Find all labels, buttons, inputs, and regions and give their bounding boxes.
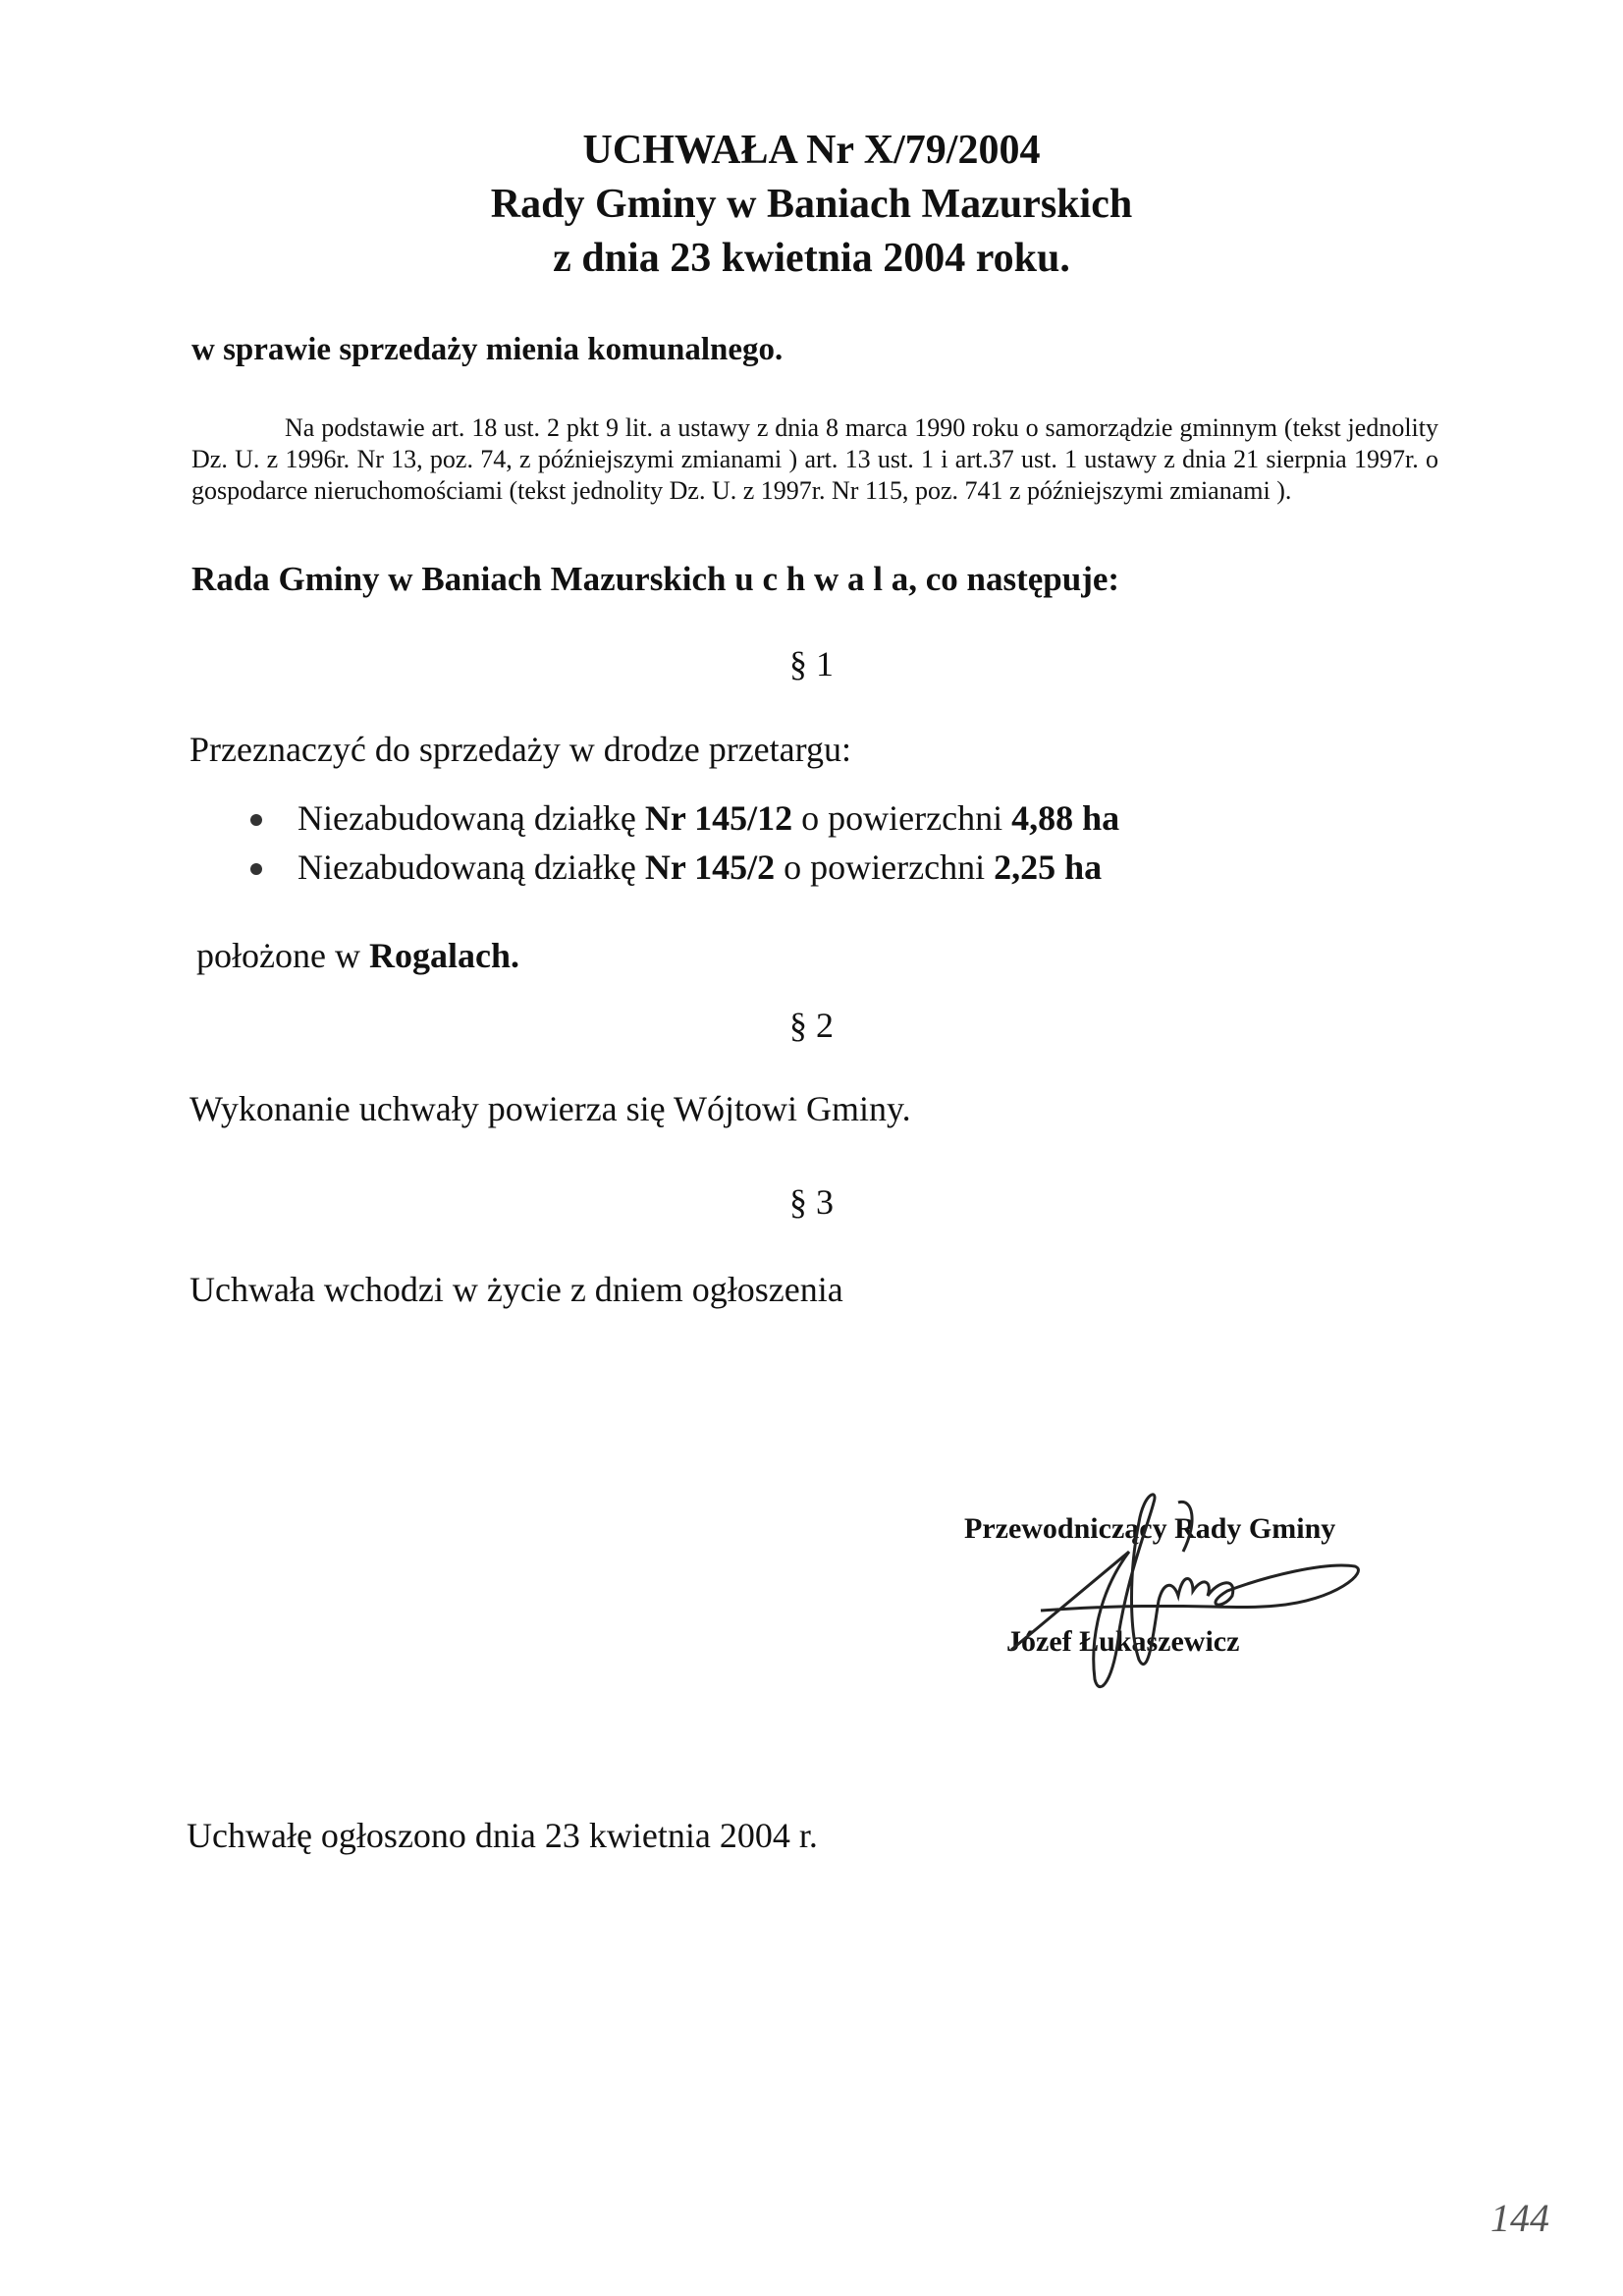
resolution-date: z dnia 23 kwietnia 2004 roku. — [0, 231, 1623, 286]
legal-basis-text: Na podstawie art. 18 ust. 2 pkt 9 lit. a… — [191, 412, 1438, 507]
section-3-text: Uchwała wchodzi w życie z dniem ogłoszen… — [189, 1269, 843, 1310]
resolves-line: Rada Gminy w Baniach Mazurskich u c h w … — [191, 560, 1119, 599]
handwritten-signature-icon — [982, 1483, 1394, 1699]
plot-number: Nr 145/12 — [645, 798, 792, 838]
list-item: Niezabudowaną działkę Nr 145/12 o powier… — [298, 797, 1119, 839]
plot-area: 4,88 ha — [1011, 798, 1119, 838]
bullet-icon — [250, 863, 262, 875]
section-2-heading: § 2 — [0, 1005, 1623, 1046]
section-1-heading: § 1 — [0, 643, 1623, 684]
legal-basis: Na podstawie art. 18 ust. 2 pkt 9 lit. a… — [191, 412, 1438, 507]
subject-line: w sprawie sprzedaży mienia komunalnego. — [191, 332, 783, 368]
section-3-heading: § 3 — [0, 1181, 1623, 1223]
handwritten-page-number: 144 — [1490, 2195, 1549, 2241]
section-1-intro: Przeznaczyć do sprzedaży w drodze przeta… — [189, 729, 851, 770]
council-name: Rady Gminy w Baniach Mazurskich — [0, 177, 1623, 232]
plot-area: 2,25 ha — [994, 847, 1102, 887]
location-line: położone w Rogalach. — [196, 935, 519, 976]
plot-number: Nr 145/2 — [645, 847, 775, 887]
list-item: Niezabudowaną działkę Nr 145/2 o powierz… — [298, 847, 1102, 888]
bullet-icon — [250, 814, 262, 826]
resolution-number: UCHWAŁA Nr X/79/2004 — [0, 123, 1623, 178]
announcement-line: Uchwałę ogłoszono dnia 23 kwietnia 2004 … — [187, 1815, 818, 1856]
section-2-text: Wykonanie uchwały powierza się Wójtowi G… — [189, 1088, 911, 1129]
